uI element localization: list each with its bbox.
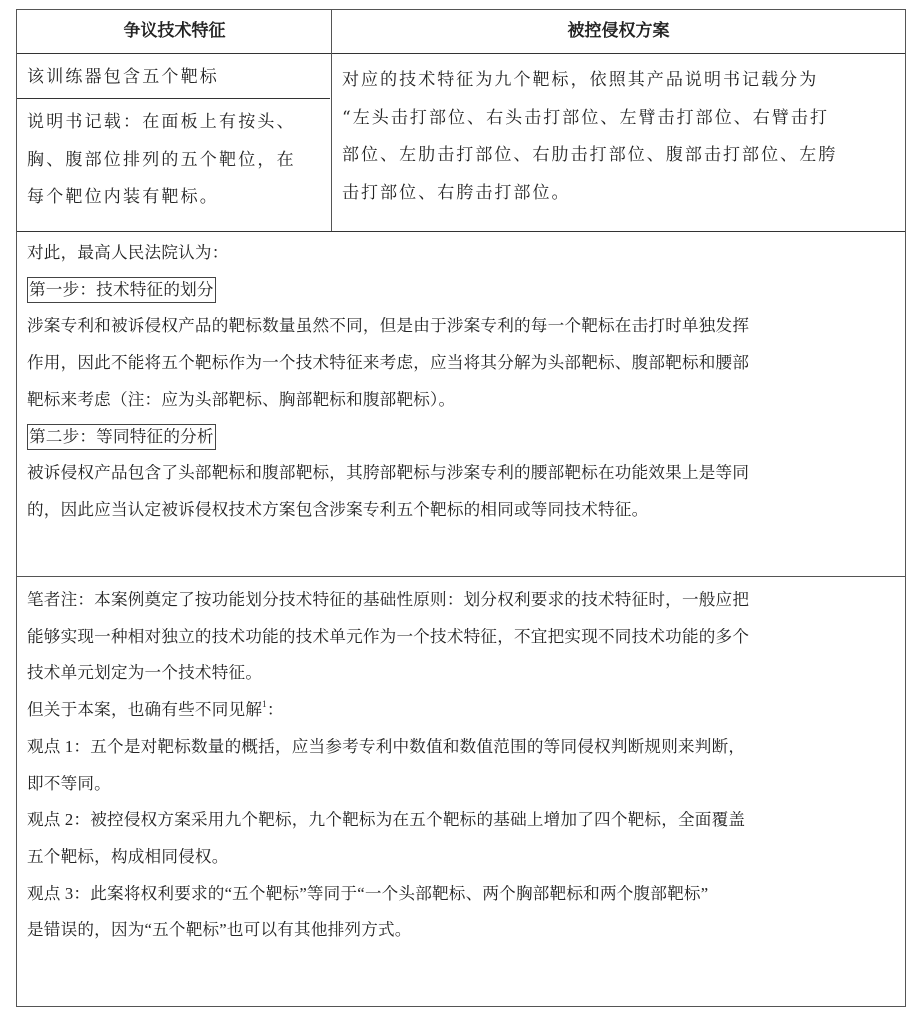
note-line: 能够实现一种相对独立的技术功能的技术单元作为一个技术特征，不宜把实现不同技术功能… <box>27 619 897 656</box>
header-accused-scheme: 被控侵权方案 <box>332 10 905 54</box>
view-2-line: 观点 2：被控侵权方案采用九个靶标，九个靶标为在五个靶标的基础上增加了四个靶标，… <box>27 802 897 839</box>
step2-line: 被诉侵权产品包含了头部靶标和腹部靶标，其胯部靶标与涉案专利的腰部靶标在功能效果上… <box>27 455 897 492</box>
scheme-line: 对应的技术特征为九个靶标，依照其产品说明书记载分为 <box>342 62 902 100</box>
disputed-feature-claim: 该训练器包含五个靶标 <box>27 59 327 97</box>
header-disputed-feature: 争议技术特征 <box>17 10 332 54</box>
court-intro: 对此，最高人民法院认为： <box>27 235 897 272</box>
note-line: 技术单元划定为一个技术特征。 <box>27 655 897 692</box>
dissent-intro: 但关于本案，也确有些不同见解1： <box>27 692 897 729</box>
view-3-line: 是错误的，因为“五个靶标”也可以有其他排列方式。 <box>27 912 897 949</box>
court-opinion-section: 对此，最高人民法院认为： 第一步：技术特征的划分 涉案专利和被诉侵权产品的靶标数… <box>27 235 897 529</box>
view-2-line: 五个靶标，构成相同侵权。 <box>27 839 897 876</box>
step1-line: 作用，因此不能将五个靶标作为一个技术特征来考虑，应当将其分解为头部靶标、腹部靶标… <box>27 345 897 382</box>
step2-title: 第二步：等同特征的分析 <box>27 424 216 450</box>
row-divider <box>17 231 905 232</box>
step2-line: 的，因此应当认定被诉侵权技术方案包含涉案专利五个靶标的相同或等同技术特征。 <box>27 492 897 529</box>
disputed-feature-spec: 说明书记载：在面板上有按头、 胸、腹部位排列的五个靶位，在 每个靶位内装有靶标。 <box>27 104 331 217</box>
scheme-line: 部位、左肋击打部位、右肋击打部位、腹部击打部位、左胯 <box>342 137 902 175</box>
author-note-section: 笔者注：本案例奠定了按功能划分技术特征的基础性原则：划分权利要求的技术特征时，一… <box>27 582 897 949</box>
column-divider <box>331 10 332 231</box>
step1-title: 第一步：技术特征的划分 <box>27 277 216 303</box>
note-line: 笔者注：本案例奠定了按功能划分技术特征的基础性原则：划分权利要求的技术特征时，一… <box>27 582 897 619</box>
row-divider <box>17 576 905 577</box>
view-1-line: 观点 1：五个是对靶标数量的概括，应当参考专利中数值和数值范围的等同侵权判断规则… <box>27 729 897 766</box>
row-divider <box>17 53 905 54</box>
step1-line: 涉案专利和被诉侵权产品的靶标数量虽然不同，但是由于涉案专利的每一个靶标在击打时单… <box>27 308 897 345</box>
spec-line: 每个靶位内装有靶标。 <box>27 179 331 217</box>
spec-line: 说明书记载：在面板上有按头、 <box>27 104 331 142</box>
view-1-line: 即不等同。 <box>27 766 897 803</box>
left-row-divider <box>17 98 330 99</box>
scheme-line: “左头击打部位、右头击打部位、左臂击打部位、右臂击打 <box>342 100 902 138</box>
spec-line: 胸、腹部位排列的五个靶位，在 <box>27 142 331 180</box>
step1-line: 靶标来考虑（注：应为头部靶标、胸部靶标和腹部靶标）。 <box>27 382 897 419</box>
scheme-line: 击打部位、右胯击打部位。 <box>342 175 902 213</box>
view-3-line: 观点 3：此案将权利要求的“五个靶标”等同于“一个头部靶标、两个胸部靶标和两个腹… <box>27 876 897 913</box>
accused-scheme-description: 对应的技术特征为九个靶标，依照其产品说明书记载分为 “左头击打部位、右头击打部位… <box>342 62 902 212</box>
case-comparison-table: 争议技术特征 被控侵权方案 该训练器包含五个靶标 说明书记载：在面板上有按头、 … <box>16 9 906 1007</box>
